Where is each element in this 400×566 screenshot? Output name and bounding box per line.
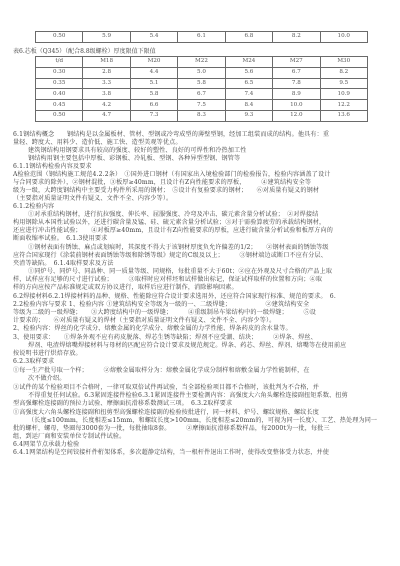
table-cell: M20 <box>130 57 177 68</box>
text-line: 夹渣等缺陷。 6.1.4取样要求及方法 <box>13 260 114 267</box>
table-cell: 5.8 <box>130 89 177 100</box>
text-line: 与合同要求的除外），②钢材混批，③板厚≥40mm，且设计有Z向性能要求的厚板， … <box>13 179 311 186</box>
text-line: 量轻、跨度大、用料少、造价低、施工快、造型美观等优点。 <box>13 139 182 146</box>
text-line: 2.2检验内容与要求 1、检验内容 ①建筑结构安全等级为一级的一、二级焊缝； ②… <box>13 301 309 308</box>
text-line: 6.2.3取样要求 <box>13 358 54 365</box>
text-line: 3、使用要求： ①焊条外观不应有药皮脱落、焊芯生锈等缺陷；焊剂不应受潮、结块； … <box>13 334 317 341</box>
text-line: 6.1钢结构概念 钢结构是以金属板材、管材、型钢或冷弯成型的薄壁型钢，经加工组装… <box>13 131 329 138</box>
text-line: 样，试样应有足够的尺寸进行试验； ③取样时应对样坯和试样做出标记，保证试样取样的… <box>13 276 322 283</box>
document-page: 0.505.95.46.16.88.210.0 表6.芯板（Q345）（配合8.… <box>0 0 400 566</box>
text-line: ③试件的某个检验项目不合格时，一律可取双倍试件再试验，当全部检验项目都不合格时，… <box>13 384 319 391</box>
text-line: 还应进行冲击性能试验； ④对板厚≥40mm，且设计有Z向性能要求的厚板，应进行硫… <box>13 227 333 234</box>
text-line: 6.2焊接材料6.2.1焊接材料的品种、规格、性能除应符合设计要求选用外，还应符… <box>13 293 336 300</box>
text-line: 6.1.1钢结构检验内容及要求 <box>13 163 92 170</box>
table-cell: 6.5 <box>225 78 272 89</box>
text-line: 级为一级，大跨度钢结构中主要受力构件所采用的钢材； ⑤设计有复验要求的钢材； ⑥… <box>13 187 319 194</box>
table-row: 0.505.95.46.16.88.210.0 <box>36 32 368 43</box>
table-cell: 8.2 <box>273 32 320 43</box>
table-cell: 9.3 <box>225 110 272 121</box>
table-row: 0.504.77.38.39.312.013.6 <box>36 110 368 121</box>
table-row: 0.302.84.45.05.66.78.2 <box>36 67 368 78</box>
table-cell: 6.8 <box>225 32 272 43</box>
text-line: 2、检验内容：焊丝的化学成分、熔敷金属的化学成分、熔敷金属的力学性能、焊条药皮的… <box>13 325 292 332</box>
text-line: （长度≤100mm，长度相差≤15mm，和螺纹长度>100mm，长度相差≤20m… <box>28 417 377 424</box>
text-line: 按说明书进行烘焙存放。 <box>13 350 82 357</box>
text-line: 焊剂、电渣焊熔嘴焊接材料与母材的匹配应符合设计要求及规范规定。焊条、药芯、焊丝、… <box>28 342 346 349</box>
table-cell: 8.2 <box>320 67 367 78</box>
text-line: 6.4.1网架结构是空间铰接杆件桁架体系，多次超静定结构，当一根杆件退出工作时，… <box>13 449 329 456</box>
table-cell: 3.3 <box>83 78 130 89</box>
text-line: 样的方向应按产品标准规定或双方协议进行，取样后应进行制作，消除影响因素。 <box>13 284 238 291</box>
table-cell: 13.6 <box>320 110 367 121</box>
table-cell: 10.9 <box>320 89 367 100</box>
table-row: 0.403.85.86.77.48.910.9 <box>36 89 368 100</box>
table-cell: 4.2 <box>83 100 130 111</box>
text-line: （主要指对质量证明文件有疑义、文件不全、内容少等）。 <box>13 195 172 202</box>
table-cell: 0.30 <box>36 67 83 78</box>
thickness-limit-table: t/dM18M20M22M24M27M300.302.84.45.05.66.7… <box>35 56 368 122</box>
table-cell: 8.3 <box>178 110 225 121</box>
table-cell: 0.40 <box>36 89 83 100</box>
table-cell: 8.4 <box>225 100 272 111</box>
text-line: ①同炉号、同炉号、同品种、同一质量等级、同规格，每批重量不大于60t；②应在外观… <box>28 268 332 275</box>
table-cell: M18 <box>83 57 130 68</box>
text-line: 建筑钢结构用钢要求具有较高的强度、较好的塑性、良好的可焊性和冷热加工性 <box>28 147 247 154</box>
table-cell: 7.3 <box>130 110 177 121</box>
text-line: 次不做介绍。 <box>28 375 65 382</box>
table-row: 0.353.35.15.86.57.89.5 <box>36 78 368 89</box>
table-cell: 2.8 <box>83 67 130 78</box>
table-top-fragment: 0.505.95.46.16.88.210.0 <box>35 31 368 43</box>
table-caption: 表6.芯板（Q345）（配合8.8级螺栓）厚度限值下限值 <box>13 46 156 55</box>
table-cell: 5.4 <box>130 32 177 43</box>
text-line: 钢结构用钢主要包括中厚板、彩钢板、冷轧板、型钢、各种异型型钢、钢管等 <box>28 155 240 162</box>
text-line: 构用钢除从本国性试验以外，还进行碳含量及锰、硅、硫元素含量分析试验；③对于需验算… <box>13 219 325 226</box>
table-cell: 12.2 <box>320 100 367 111</box>
table-cell: 4.4 <box>130 67 177 78</box>
table-cell: 5.9 <box>83 32 130 43</box>
table-cell: 0.35 <box>36 78 83 89</box>
table-cell: 6.1 <box>178 32 225 43</box>
table-cell: 10.0 <box>273 100 320 111</box>
text-line: 型高强螺栓连接副的预拉力试验、摩擦面抗滑移系数测试三项。 6.3.2取样要求 <box>13 400 232 407</box>
table-cell: M22 <box>178 57 225 68</box>
table-cell: 0.45 <box>36 100 83 111</box>
table-cell: 7.4 <box>225 89 272 100</box>
table-cell: 4.7 <box>83 110 130 121</box>
table-cell: 6.6 <box>130 100 177 111</box>
table-cell: 5.0 <box>178 67 225 78</box>
text-line: ①对承重结构钢材，进行抗拉强度、伸长率、屈服强度、冷弯及冲击、碳元素含量分析试验… <box>28 211 318 218</box>
text-line: 6.4网架节点承载力检验 <box>13 441 79 448</box>
text-line: 批的螺杆，螺母，垫圈每3000套为一批，每批抽取8套。 ②摩擦面抗滑移系数样品，… <box>13 425 330 432</box>
table-cell: 0.50 <box>36 32 83 43</box>
text-line: ①钢材表面有锈蚀、麻点或划痕时，其深度不得大于该钢材厚度负允许偏差的1/2； ②… <box>28 244 329 251</box>
table-cell: 5.8 <box>178 78 225 89</box>
table-cell: 9.5 <box>320 78 367 89</box>
table-cell: 6.7 <box>178 89 225 100</box>
text-line: 应符合国家现行《涂装前钢材表面锈蚀等级和除锈等级》规定的C级及以上； ③钢材端边… <box>13 252 327 259</box>
table-cell: 5.1 <box>130 78 177 89</box>
text-line: 断面收缩率试验。 6.1.3使用要求 <box>13 235 107 242</box>
text-line: 等级为二级的一级焊缝； ③大跨度结构中的一级焊缝； ④重级制吊车梁结构中的一级焊… <box>13 309 316 316</box>
text-line: 计要求的； ⑥对质量有疑义的焊材（主要指对质量证明文件有疑义、文件不全、内容少等… <box>13 317 275 324</box>
table-cell: t/d <box>36 57 83 68</box>
table-header-row: t/dM18M20M22M24M27M30 <box>36 57 368 68</box>
table-cell: M30 <box>320 57 367 68</box>
text-line: 组，到运厂商和安装单位专制试件试验。 <box>13 433 125 440</box>
table-cell: 0.50 <box>36 110 83 121</box>
table-cell: M24 <box>225 57 272 68</box>
table-cell: 8.9 <box>273 89 320 100</box>
table-cell: M27 <box>273 57 320 68</box>
table-cell: 7.8 <box>273 78 320 89</box>
text-line: ①每一生产批号取一个样； ②熔敷金属取样分为：熔敷金属化学成分制样和熔敷金属力学… <box>13 367 310 374</box>
text-line: 不得重复任何试验。6.3紧固连接件检验6.3.1紧固连接件主要检测内容：高强度大… <box>28 392 348 399</box>
text-line: ①高强度大六角头螺栓连接副和扭剪型高强螺栓连接副的检验按批进行，同一材料、炉号、… <box>13 409 319 416</box>
table-cell: 6.7 <box>273 67 320 78</box>
table-row: 0.454.26.67.58.410.012.2 <box>36 100 368 111</box>
table-cell: 3.8 <box>83 89 130 100</box>
table-cell: 7.5 <box>178 100 225 111</box>
table-cell: 12.0 <box>273 110 320 121</box>
table-cell: 10.0 <box>320 32 367 43</box>
table-cell: 5.6 <box>225 67 272 78</box>
text-line: A检验范围（钢结构施工规范4.2.2条） ①国外进口钢材（有国家出入境检验部门的… <box>13 171 330 178</box>
text-line: 6.1.2检验内容 <box>13 203 54 210</box>
